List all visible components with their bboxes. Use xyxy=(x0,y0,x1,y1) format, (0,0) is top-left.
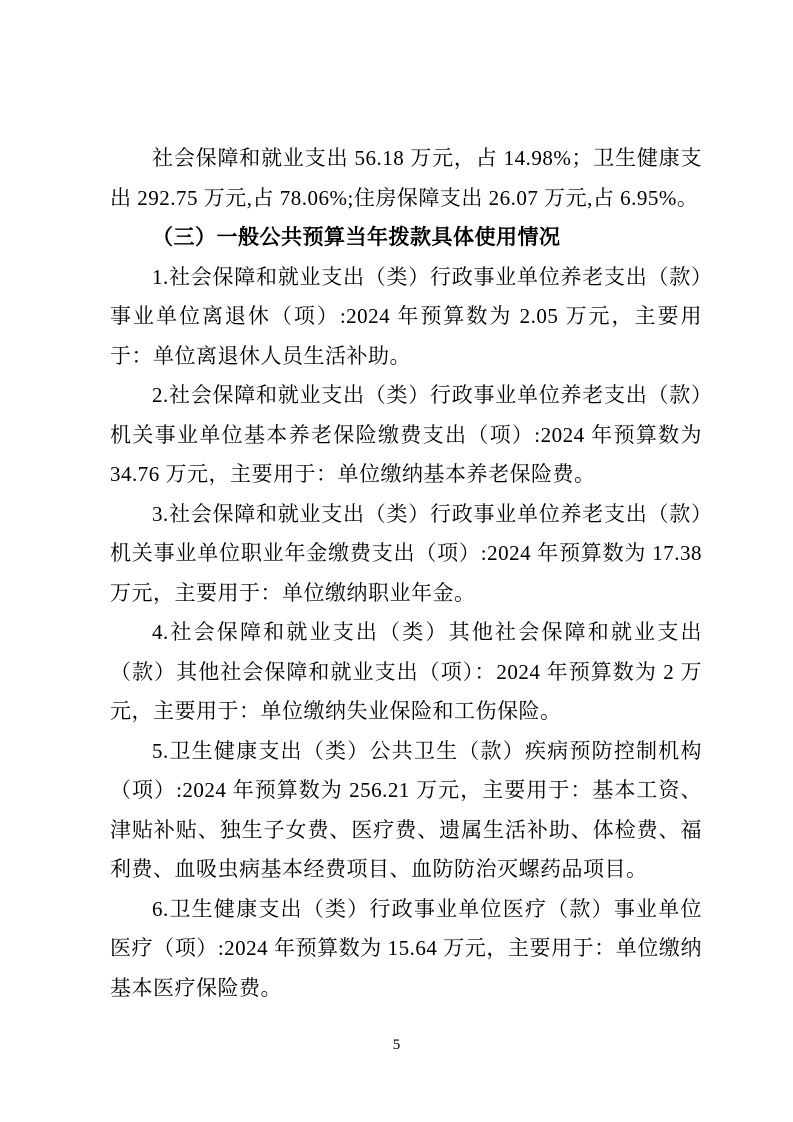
page-footer: 5 xyxy=(0,1036,793,1054)
document-page: 社会保障和就业支出 56.18 万元，占 14.98%；卫生健康支出 292.7… xyxy=(0,0,793,1122)
section-heading: （三）一般公共预算当年拨款具体使用情况 xyxy=(110,218,702,258)
summary-paragraph: 社会保障和就业支出 56.18 万元，占 14.98%；卫生健康支出 292.7… xyxy=(110,139,702,218)
budget-item-paragraph-3: 3.社会保障和就业支出（类）行政事业单位养老支出（款）机关事业单位职业年金缴费支… xyxy=(110,495,702,614)
budget-item-paragraph-5: 5.卫生健康支出（类）公共卫生（款）疾病预防控制机构（项）:2024 年预算数为… xyxy=(110,732,702,890)
budget-item-paragraph-2: 2.社会保障和就业支出（类）行政事业单位养老支出（款）机关事业单位基本养老保险缴… xyxy=(110,376,702,495)
budget-item-paragraph-6: 6.卫生健康支出（类）行政事业单位医疗（款）事业单位医疗（项）:2024 年预算… xyxy=(110,890,702,1009)
page-content: 社会保障和就业支出 56.18 万元，占 14.98%；卫生健康支出 292.7… xyxy=(110,139,702,1008)
page-number: 5 xyxy=(393,1037,401,1053)
budget-item-paragraph-4: 4.社会保障和就业支出（类）其他社会保障和就业支出（款）其他社会保障和就业支出（… xyxy=(110,613,702,732)
budget-item-paragraph-1: 1.社会保障和就业支出（类）行政事业单位养老支出（款）事业单位离退休（项）:20… xyxy=(110,258,702,377)
